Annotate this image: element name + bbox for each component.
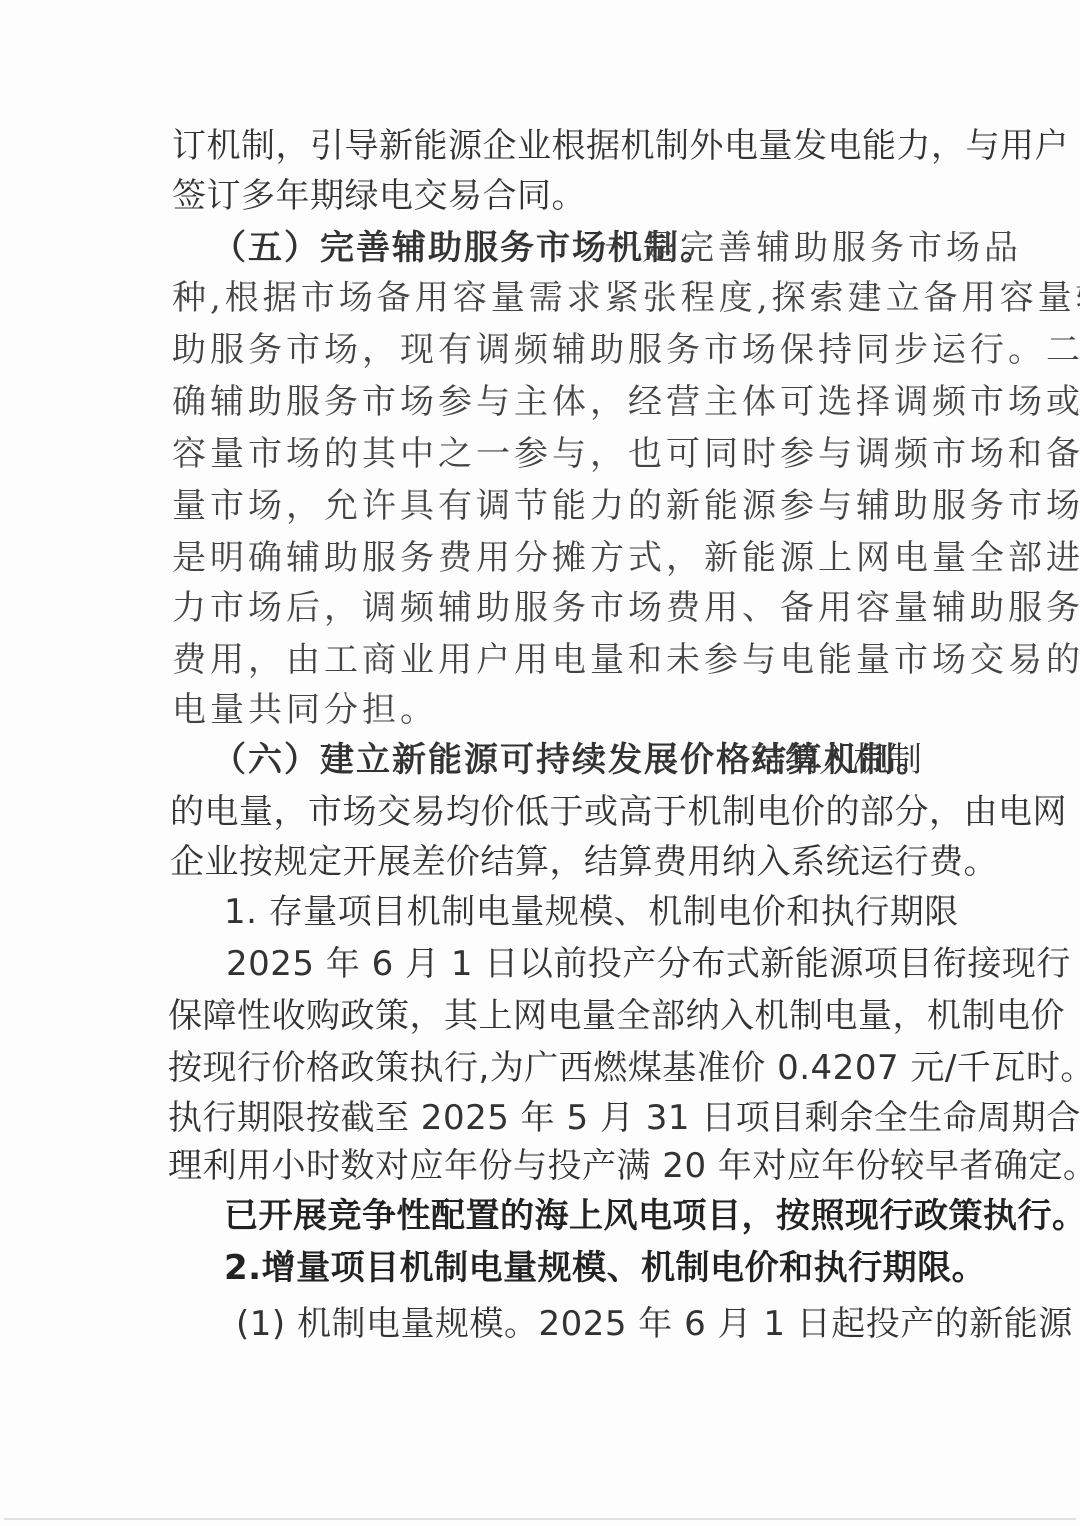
text-line: 对纳入机制 — [750, 740, 923, 780]
document-page: 订机制，引导新能源企业根据机制外电量发电能力，与用户签订多年期绿电交易合同。（五… — [0, 0, 1080, 1526]
text-line: 容量市场的其中之一参与，也可同时参与调频市场和备用容 — [172, 434, 1080, 474]
text-line: 电量共同分担。 — [172, 690, 438, 730]
text-line: 执行期限按截至 2025 年 5 月 31 日项目剩余全生命周期合 — [168, 1098, 1080, 1138]
text-line: 按现行价格政策执行,为广西燃煤基准价 0.4207 元/千瓦时。 — [168, 1048, 1080, 1088]
text-line: 1. 存量项目机制电量规模、机制电价和执行期限 — [224, 892, 959, 932]
text-line: 是明确辅助服务费用分摊方式，新能源上网电量全部进入电 — [172, 538, 1080, 578]
text-line: 费用，由工商业用户用电量和未参与电能量市场交易的上网 — [172, 640, 1080, 680]
text-line: 助服务市场，现有调频辅助服务市场保持同步运行。二是明 — [172, 330, 1080, 370]
text-line: 一是完善辅助服务市场品 — [604, 228, 1022, 268]
text-line: 2.增量项目机制电量规模、机制电价和执行期限。 — [224, 1248, 986, 1288]
text-line: 确辅助服务市场参与主体，经营主体可选择调频市场或备用 — [172, 382, 1080, 422]
text-line: (1) 机制电量规模。2025 年 6 月 1 日起投产的新能源 — [236, 1304, 1073, 1344]
text-line: 企业按规定开展差价结算，结算费用纳入系统运行费。 — [170, 842, 998, 882]
text-line: 已开展竞争性配置的海上风电项目，按照现行政策执行。 — [224, 1196, 1080, 1236]
text-line: 保障性收购政策，其上网电量全部纳入机制电量，机制电价 — [168, 996, 1065, 1036]
text-line: 订机制，引导新能源企业根据机制外电量发电能力，与用户 — [172, 126, 1069, 166]
text-line: 力市场后，调频辅助服务市场费用、备用容量辅助服务市场 — [172, 588, 1080, 628]
text-line: 签订多年期绿电交易合同。 — [172, 176, 586, 216]
text-line: 种,根据市场备用容量需求紧张程度,探索建立备用容量辅 — [172, 278, 1080, 318]
text-line: 量市场，允许具有调节能力的新能源参与辅助服务市场。三 — [172, 486, 1080, 526]
text-line: 2025 年 6 月 1 日以前投产分布式新能源项目衔接现行 — [226, 944, 1071, 984]
text-line: 理利用小时数对应年份与投产满 20 年对应年份较早者确定。 — [168, 1146, 1080, 1186]
page-bottom-edge — [4, 1518, 1076, 1520]
text-line: 的电量，市场交易均价低于或高于机制电价的部分，由电网 — [170, 792, 1067, 832]
